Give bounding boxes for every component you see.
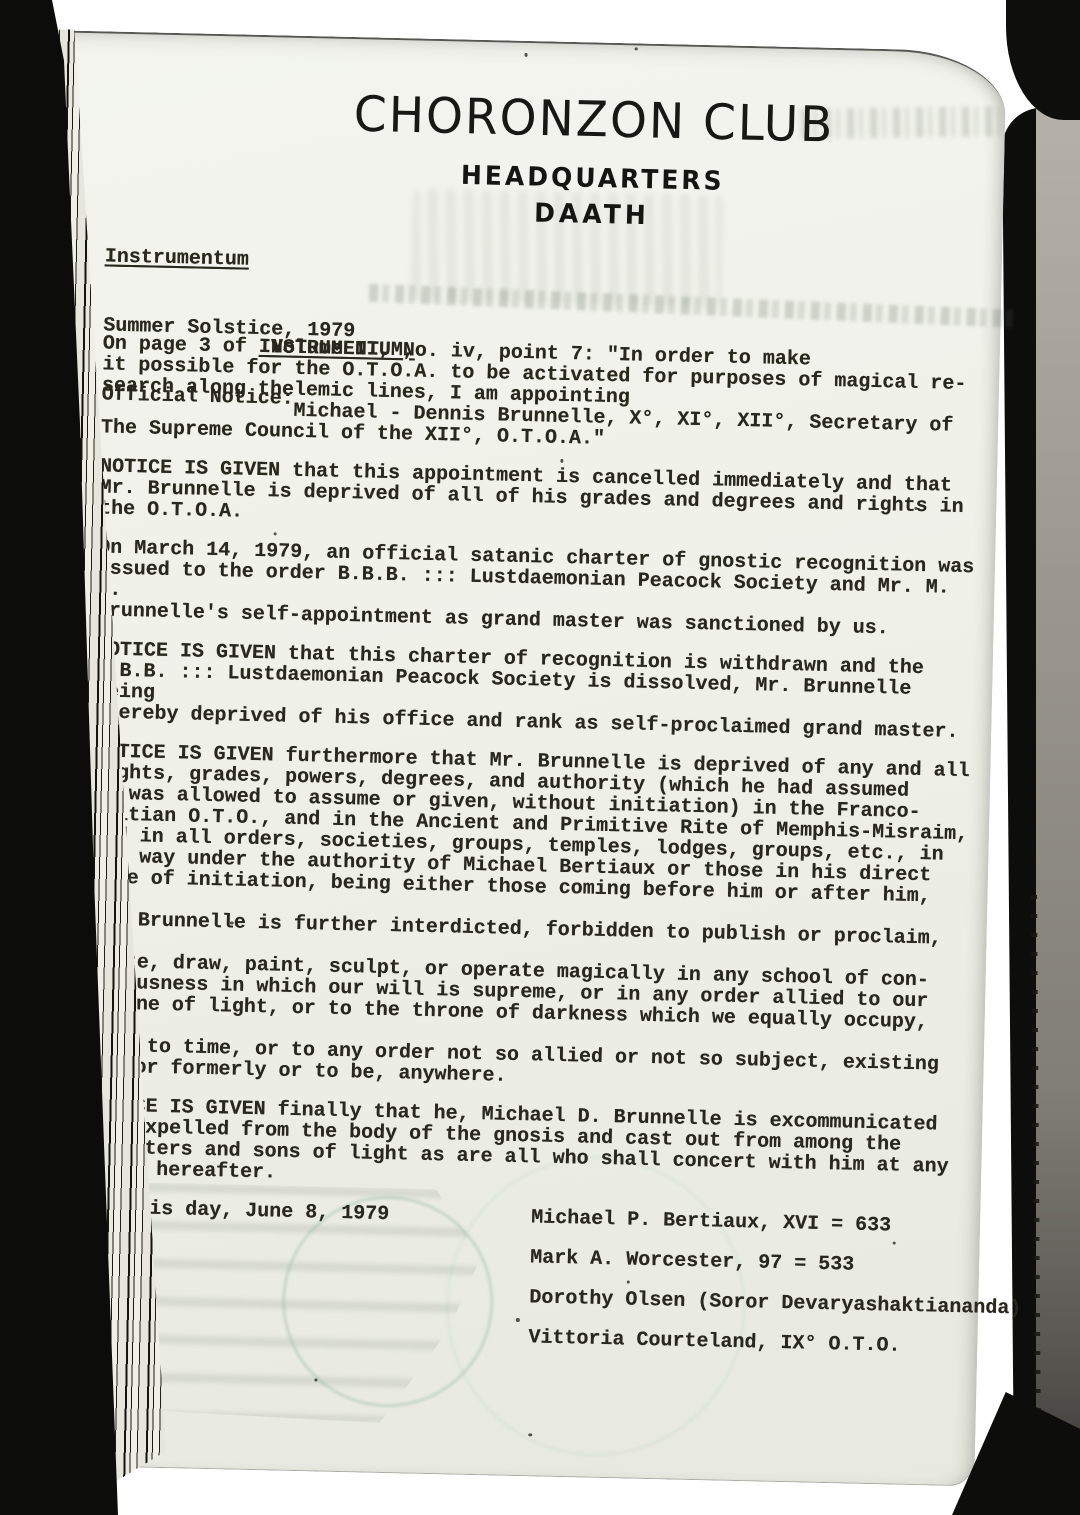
signature-line: Mark A. Worcester, 97 = 533 [530, 1247, 970, 1278]
signature-list: Michael P. Bertiaux, XVI = 633 Mark A. W… [528, 1207, 972, 1377]
signature-line: Dorothy Olsen (Soror Devaryashaktiananda… [529, 1287, 969, 1318]
document-page: CHORONZON CLUB HEADQUARTERS DAATH Instru… [12, 30, 1006, 1486]
closing-block: This day, June 8, 1979 Michael P. Bertia… [80, 1197, 971, 1377]
paragraph-6: NOTICE IS GIVEN finally that he, Michael… [84, 1095, 974, 1199]
book-photo: CHORONZON CLUB HEADQUARTERS DAATH Instru… [0, 0, 1080, 1515]
club-title: CHORONZON CLUB [193, 82, 996, 157]
corner-shadow-top-right [1006, 0, 1080, 120]
paragraph-1: On page 3 of INSTRUMENTUM, Volume II, No… [101, 333, 991, 458]
ink-speck [528, 1433, 532, 1436]
paragraph-4: NOTICE IS GIVEN that this charter of rec… [94, 639, 984, 743]
paragraph-3: On March 14, 1979, an official satanic c… [97, 537, 987, 641]
ink-speck [635, 47, 638, 50]
bleedthrough-text [369, 284, 1014, 328]
signature-line: Michael P. Bertiaux, XVI = 633 [531, 1207, 971, 1238]
ink-speck [314, 1378, 317, 1381]
closing-date: This day, June 8, 1979 [122, 1198, 390, 1364]
book-gutter-right [1036, 96, 1080, 1515]
doc-title: Instrumentum [105, 245, 358, 274]
ink-speck [525, 53, 528, 57]
doc-body: On page 3 of INSTRUMENTUM, Volume II, No… [80, 333, 991, 1377]
paragraph-5: NOTICE IS GIVEN furthermore that Mr. Bru… [86, 741, 981, 1097]
signature-line: Vittoria Courteland, IX° O.T.O. [528, 1327, 968, 1358]
paragraph-2: NOTICE IS GIVEN that this appointment is… [99, 456, 988, 539]
